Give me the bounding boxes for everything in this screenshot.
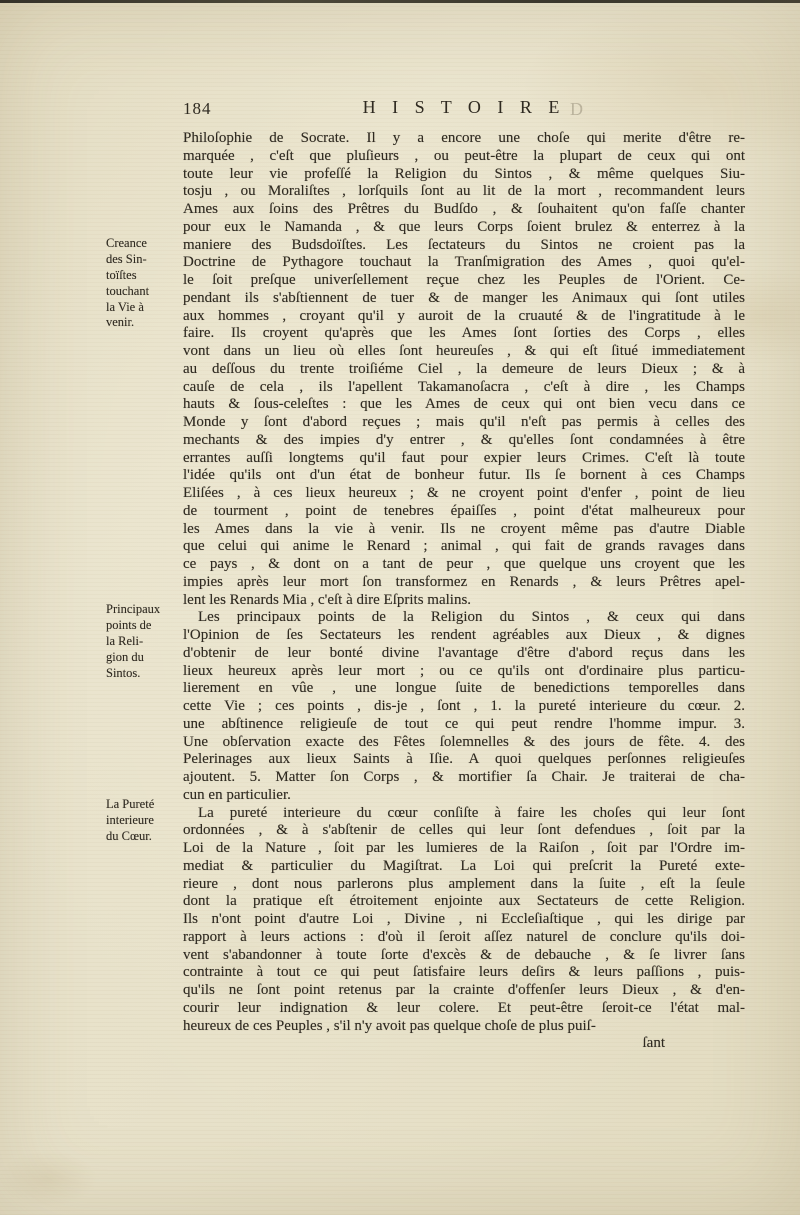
showthrough-ghost-letter: D <box>570 99 583 120</box>
text-line: ajoutent. 5. Matter ſon Corps , & mortif… <box>183 769 745 787</box>
text-line: Pelerinages aux lieux Saints à Iſie. A q… <box>183 751 745 769</box>
text-line: marquée , c'eſt que pluſieurs , ou peut-… <box>183 148 745 166</box>
text-line: La Pureté <box>106 797 180 813</box>
text-line: rieure , dont nous parlerons plus amplem… <box>183 876 745 894</box>
text-line: que celui qui anime le Renard ; animal ,… <box>183 538 745 556</box>
text-line: interieure <box>106 813 180 829</box>
catchword: ſant <box>183 1035 745 1053</box>
text-line: les Ames dans la vie à venir. Ils ne cro… <box>183 521 745 539</box>
text-line: Les principaux points de la Religion du … <box>183 609 745 627</box>
margin-note-creance-sintoistes: Creancedes Sin-toïſtestouchantla Vie àve… <box>106 236 180 331</box>
text-line: hauts & ſous-celeſtes : que les Ames de … <box>183 396 745 414</box>
text-line: ordonnées , & à s'abſtenir de celles qui… <box>183 822 745 840</box>
text-line: une abſtinence religieuſe de tout ce qui… <box>183 716 745 734</box>
text-line: la Vie à <box>106 300 180 316</box>
paragraph-purete-interieure: La pureté interieure du cœur conſiſte à … <box>183 805 745 1036</box>
text-line: aux hommes , croyant qu'il y auroit de l… <box>183 308 745 326</box>
text-line: lierement en vûe , une longue ſuite de b… <box>183 680 745 698</box>
text-line: la Reli- <box>106 634 180 650</box>
text-line: faire. Ils croyent qu'après que les Ames… <box>183 325 745 343</box>
running-title: H I S T O I R E <box>183 97 745 118</box>
text-line: vont dans un lieu où elles ſont heureuſe… <box>183 343 745 361</box>
text-line: Ames aux ſoins des Prêtres du Budſdo , &… <box>183 201 745 219</box>
margin-note-purete-interieure: La Puretéinterieuredu Cœur. <box>106 797 180 845</box>
text-line: Ils n'ont point d'autre Loi , Divine , n… <box>183 911 745 929</box>
text-line: toute leur vie profeſſé la Religion du S… <box>183 166 745 184</box>
text-line: pour eux le Namanda , & que leurs Corps … <box>183 219 745 237</box>
text-line: l'idée qu'ils ont d'un état de bonheur f… <box>183 467 745 485</box>
scan-top-edge <box>0 0 800 3</box>
text-line: dont la pratique eſt étroitement enjoint… <box>183 893 745 911</box>
book-page-scan: 184 H I S T O I R E D Creancedes Sin-toï… <box>0 0 800 1215</box>
text-line: cette Vie ; ces points , dis-je , ſont ,… <box>183 698 745 716</box>
paragraph-croyances-vie-a-venir: Philoſophie de Socrate. Il y a encore un… <box>183 130 745 609</box>
text-line: mechants & des impies d'y entrer , & qu'… <box>183 432 745 450</box>
main-text-column: Philoſophie de Socrate. Il y a encore un… <box>183 130 745 1053</box>
text-line: heureux de ces Peuples , s'il n'y avoit … <box>183 1018 745 1036</box>
text-line: lent les Renards Mia , c'eſt à dire Eſpr… <box>183 592 745 610</box>
text-line: Eliſées , à ces lieux heureux ; & ne cro… <box>183 485 745 503</box>
margin-note-principaux-points: Principauxpoints dela Reli-gion duSintos… <box>106 602 180 681</box>
text-line: toïſtes <box>106 268 180 284</box>
text-line: points de <box>106 618 180 634</box>
text-line: d'obtenir de leur bonté divine l'avantag… <box>183 645 745 663</box>
paragraph-principaux-points: Les principaux points de la Religion du … <box>183 609 745 804</box>
text-line: errantes auſſi longtems qu'il faut pour … <box>183 450 745 468</box>
text-line: gion du <box>106 650 180 666</box>
text-line: touchant <box>106 284 180 300</box>
text-line: Philoſophie de Socrate. Il y a encore un… <box>183 130 745 148</box>
text-line: Loi de la Nature , ſoit par les lumieres… <box>183 840 745 858</box>
text-line: l'Opinion de ſes Sectateurs les rendent … <box>183 627 745 645</box>
text-line: maniere des Budsdoïſtes. Les ſectateurs … <box>183 237 745 255</box>
text-line: courir leur indignation & leur colere. E… <box>183 1000 745 1018</box>
text-line: Une obſervation exacte des Fêtes ſolemne… <box>183 734 745 752</box>
text-line: ce pays , & dont on a tant de peur , que… <box>183 556 745 574</box>
text-line: qu'ils ne ſont point retenus par la crai… <box>183 982 745 1000</box>
text-line: Creance <box>106 236 180 252</box>
text-line: du Cœur. <box>106 829 180 845</box>
text-line: lieux heureux après leur mort ; ou ce qu… <box>183 663 745 681</box>
text-line: impies après leur mort ſon transformez e… <box>183 574 745 592</box>
text-line: Doctrine de Pythagore touchaut la Tranſm… <box>183 254 745 272</box>
text-line: cun en particulier. <box>183 787 745 805</box>
text-line: vent s'abandonner à toute ſorte d'excès … <box>183 947 745 965</box>
text-line: de tourment , point de tenebres épaiſſes… <box>183 503 745 521</box>
text-line: La pureté interieure du cœur conſiſte à … <box>183 805 745 823</box>
text-line: venir. <box>106 315 180 331</box>
text-line: tosju , ou Moraliſtes , lorſquils ſont a… <box>183 183 745 201</box>
text-line: des Sin- <box>106 252 180 268</box>
text-line: pendant ils s'abſtiennent de tuer & de m… <box>183 290 745 308</box>
text-line: Sintos. <box>106 666 180 682</box>
text-line: mediat & particulier du Magiſtrat. La Lo… <box>183 858 745 876</box>
text-line: le ſoit preſque univerſellement reçue ch… <box>183 272 745 290</box>
text-line: au deſſous du trente troiſiéme Ciel , la… <box>183 361 745 379</box>
text-line: rapport à leurs actions : d'où il ſeroit… <box>183 929 745 947</box>
text-line: contrainte à tout ce qui peut ſatisfaire… <box>183 964 745 982</box>
text-line: Principaux <box>106 602 180 618</box>
text-line: Monde y ſont d'abord reçues ; mais qu'il… <box>183 414 745 432</box>
text-line: cauſe de cela , ils l'apellent Takamanoſ… <box>183 379 745 397</box>
